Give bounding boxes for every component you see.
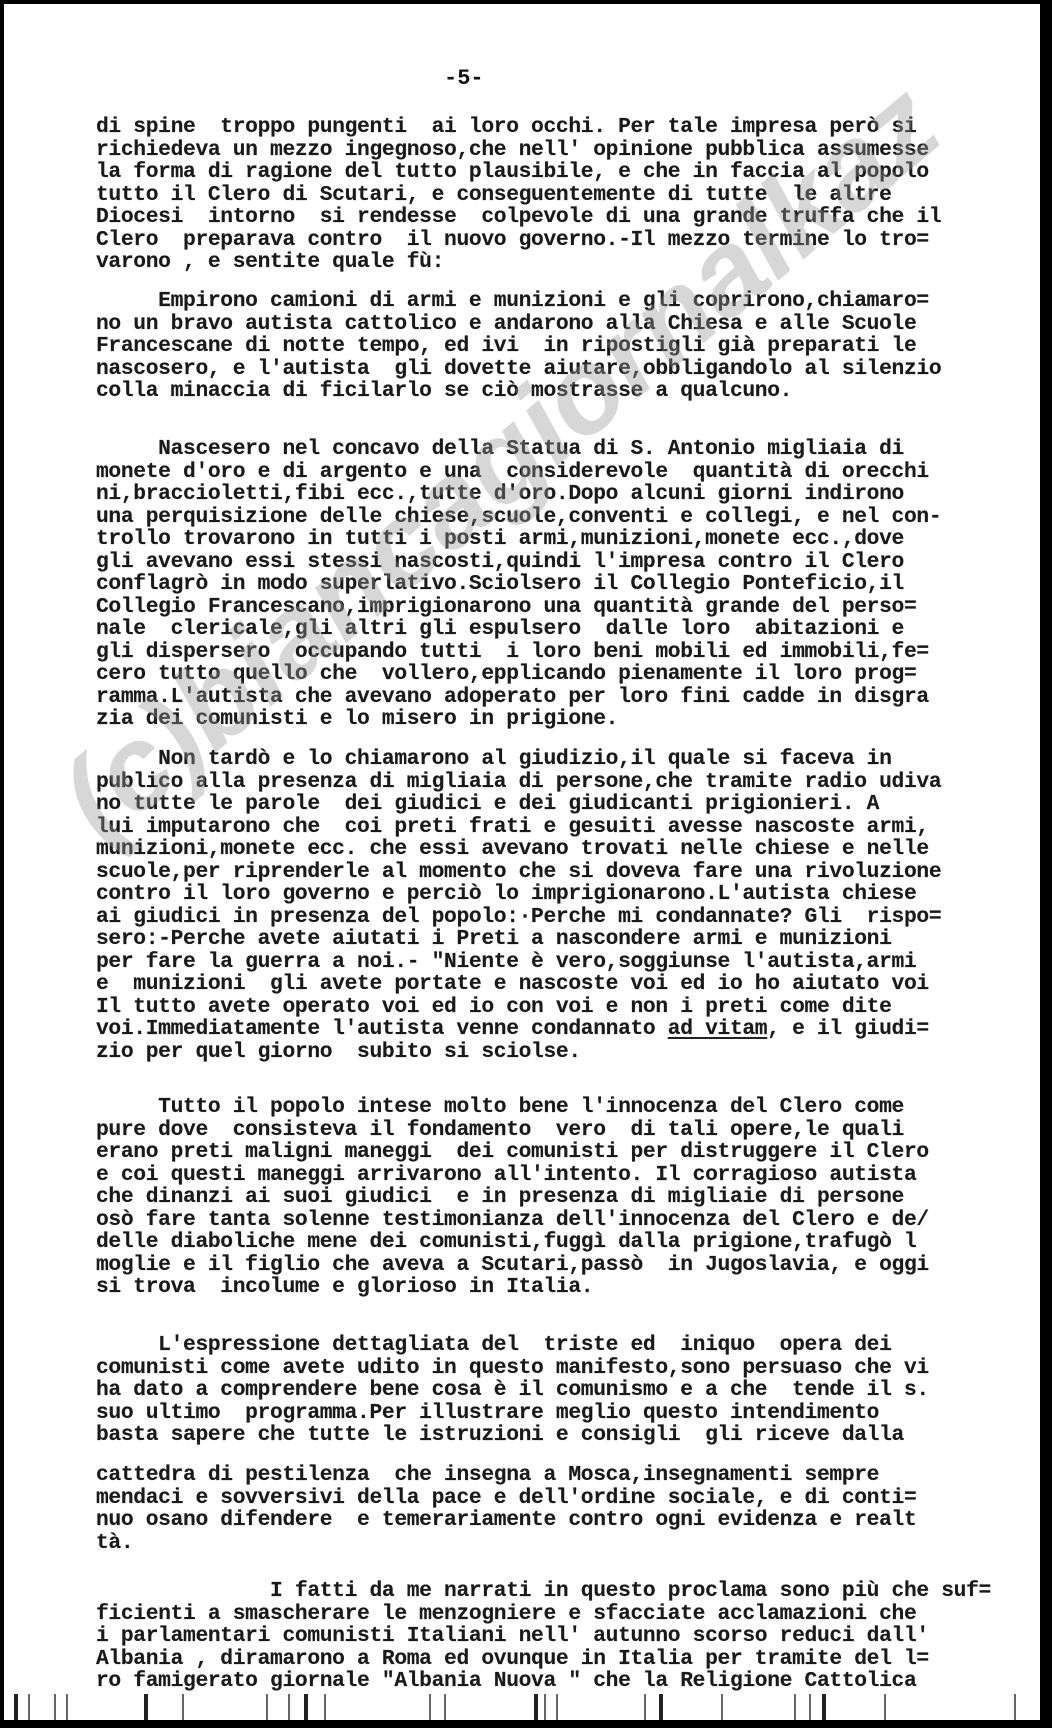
text-line: conflagrò in modo superlativo.Sciolsero … bbox=[96, 573, 996, 596]
text-line: una perquisizione delle chiese,scuole,co… bbox=[96, 506, 996, 529]
text-line: nale clericale,gli altri gli espulsero d… bbox=[96, 618, 996, 641]
text-line: no tutte le parole dei giudici e dei giu… bbox=[96, 793, 996, 816]
text-line: basta sapere che tutte le istruzioni e c… bbox=[96, 1424, 996, 1447]
text-line: osò fare tanta solenne testimonianza del… bbox=[96, 1209, 996, 1232]
text-line: Il tutto avete operato voi ed io con voi… bbox=[96, 996, 996, 1019]
page-number: -5- bbox=[444, 66, 484, 91]
paragraph-expression: L'espressione dettagliata del triste ed … bbox=[96, 1334, 996, 1447]
text-line: richiedeva un mezzo ingegnoso,che nell' … bbox=[96, 139, 996, 162]
text-line: erano preti maligni maneggi dei comunist… bbox=[96, 1141, 996, 1164]
text-line: zio per quel giorno subito si sciolse. bbox=[96, 1041, 996, 1064]
text-line: nascosero, e l'autista gli dovette aiuta… bbox=[96, 358, 996, 381]
text-line: si trova incolume e glorioso in Italia. bbox=[96, 1276, 996, 1299]
text-line: ramma.L'autista che avevano adoperato pe… bbox=[96, 686, 996, 709]
underlined-phrase: ad vitam bbox=[668, 1017, 767, 1041]
text-line: varono , e sentite quale fù: bbox=[96, 251, 996, 274]
text-line: zia dei comunisti e lo misero in prigion… bbox=[96, 708, 996, 731]
text-line: Non tardò e lo chiamarono al giudizio,il… bbox=[96, 748, 996, 771]
text-line: L'espressione dettagliata del triste ed … bbox=[96, 1334, 996, 1357]
text-line: pure dove consisteva il fondamento vero … bbox=[96, 1119, 996, 1142]
text-line: ficienti a smascherare le menzogniere e … bbox=[96, 1603, 996, 1626]
text-line: ai giudici in presenza del popolo:·Perch… bbox=[96, 906, 996, 929]
text-line: Tutto il popolo intese molto bene l'inno… bbox=[96, 1096, 996, 1119]
paragraph-statue: Nascesero nel concavo della Statua di S.… bbox=[96, 438, 996, 731]
text-line: Albania , diramarono a Roma ed ovunque i… bbox=[96, 1648, 996, 1671]
text-line: che dinanzi ai suoi giudici e in presenz… bbox=[96, 1186, 996, 1209]
scan-artifacts bbox=[4, 1694, 1040, 1720]
text-line: mendaci e sovversivi della pace e dell'o… bbox=[96, 1487, 996, 1510]
text-line: tà. bbox=[96, 1532, 996, 1555]
paragraph-trial: Non tardò e lo chiamarono al giudizio,il… bbox=[96, 748, 996, 1063]
text-line: lui imputarono che coi preti frati e ges… bbox=[96, 816, 996, 839]
text-line: sero:-Perche avete aiutati i Preti a nas… bbox=[96, 928, 996, 951]
text-line: munizioni,monete ecc. che essi avevano t… bbox=[96, 838, 996, 861]
text-line: gli avevano essi stessi nascosti,quindi … bbox=[96, 551, 996, 574]
text-line: per fare la guerra a noi.- "Niente è ver… bbox=[96, 951, 996, 974]
paragraph-camions: Empirono camioni di armi e munizioni e g… bbox=[96, 290, 996, 403]
text-line: e coi questi maneggi arrivarono all'inte… bbox=[96, 1164, 996, 1187]
document-page: -5- di spine troppo pungenti ai loro occ… bbox=[4, 4, 1040, 1720]
text-line: monete d'oro e di argento e una consider… bbox=[96, 461, 996, 484]
text-line: scuole,per riprenderle al momento che si… bbox=[96, 861, 996, 884]
text-line: Empirono camioni di armi e munizioni e g… bbox=[96, 290, 996, 313]
text-line: cero tutto quello che vollero,epplicando… bbox=[96, 663, 996, 686]
text-line: cattedra di pestilenza che insegna a Mos… bbox=[96, 1464, 996, 1487]
text-line: contro il loro governo e perciò lo impri… bbox=[96, 883, 996, 906]
text-line: Nascesero nel concavo della Statua di S.… bbox=[96, 438, 996, 461]
text-line: Clero preparava contro il nuovo governo.… bbox=[96, 229, 996, 252]
text-line: Francescane di notte tempo, ed ivi in ri… bbox=[96, 335, 996, 358]
text-line: Diocesi intorno si rendesse colpevole di… bbox=[96, 206, 996, 229]
text-line: ro famigerato giornale "Albania Nuova " … bbox=[96, 1670, 996, 1693]
paragraph-facts: I fatti da me narrati in questo proclama… bbox=[96, 1580, 996, 1693]
text-line: tutto il Clero di Scutari, e conseguente… bbox=[96, 184, 996, 207]
paragraph-innocence: Tutto il popolo intese molto bene l'inno… bbox=[96, 1096, 996, 1299]
text-line: I fatti da me narrati in questo proclama… bbox=[96, 1580, 996, 1603]
text-line: gli dispersero occupando tutti i loro be… bbox=[96, 641, 996, 664]
text-line: trollo trovarono in tutti i posti armi,m… bbox=[96, 528, 996, 551]
text-line: nuo osano difendere e temerariamente con… bbox=[96, 1509, 996, 1532]
text-line: ha dato a comprendere bene cosa è il com… bbox=[96, 1379, 996, 1402]
text-line: suo ultimo programma.Per illustrare megl… bbox=[96, 1402, 996, 1425]
paragraph-intro: di spine troppo pungenti ai loro occhi. … bbox=[96, 116, 996, 274]
paragraph-moscow: cattedra di pestilenza che insegna a Mos… bbox=[96, 1464, 996, 1554]
text-line: colla minaccia di ficilarlo se ciò mostr… bbox=[96, 380, 996, 403]
text-line: comunisti come avete udito in questo man… bbox=[96, 1357, 996, 1380]
text-line: delle diaboliche mene dei comunisti,fugg… bbox=[96, 1231, 996, 1254]
text-line: di spine troppo pungenti ai loro occhi. … bbox=[96, 116, 996, 139]
text-line: la forma di ragione del tutto plausibile… bbox=[96, 161, 996, 184]
text-line: i parlamentari comunisti Italiani nell' … bbox=[96, 1625, 996, 1648]
text-line: Collegio Francescano,imprigionarono una … bbox=[96, 596, 996, 619]
text-line: e munizioni gli avete portate e nascoste… bbox=[96, 973, 996, 996]
text-line: moglie e il figlio che aveva a Scutari,p… bbox=[96, 1254, 996, 1277]
text-line: voi.Immediatamente l'autista venne conda… bbox=[96, 1018, 996, 1041]
text-line: publico alla presenza di migliaia di per… bbox=[96, 771, 996, 794]
text-line: ni,braccioletti,fibi ecc.,tutte d'oro.Do… bbox=[96, 483, 996, 506]
text-line: no un bravo autista cattolico e andarono… bbox=[96, 313, 996, 336]
